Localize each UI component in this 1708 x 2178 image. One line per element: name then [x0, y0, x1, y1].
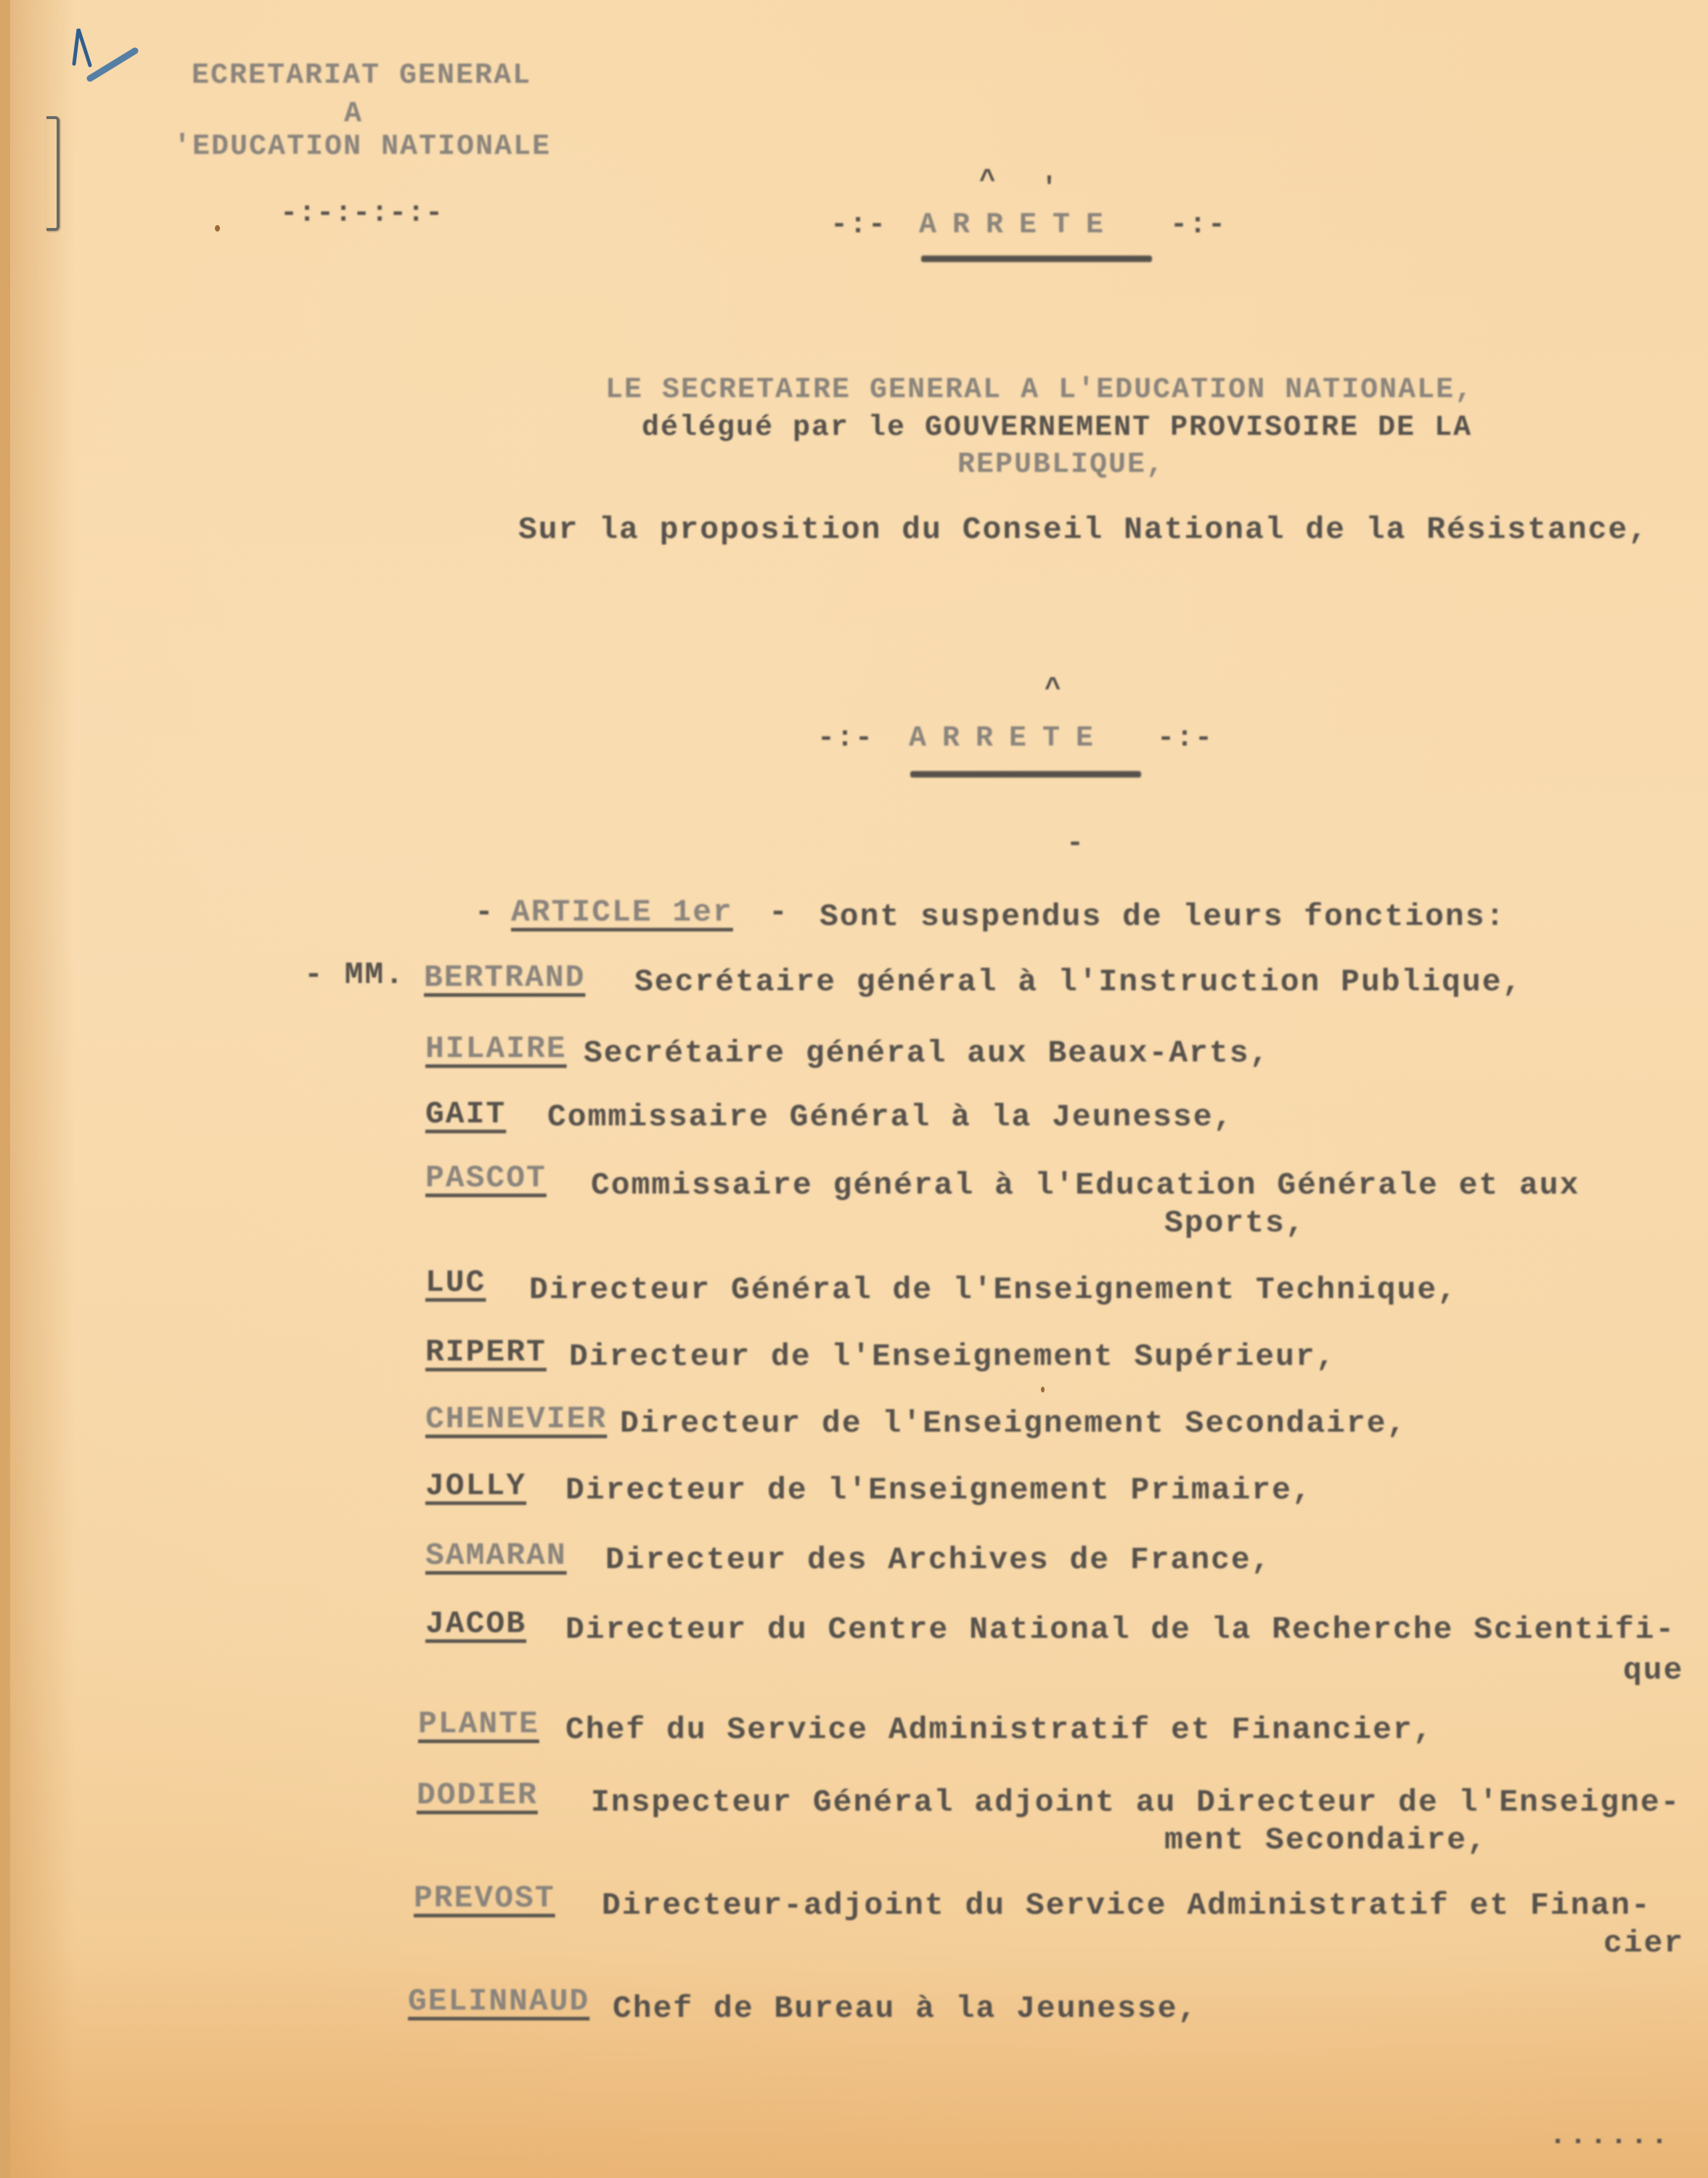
title-left-deco: -:-: [830, 209, 887, 242]
document-page: ECRETARIAT GENERAL A 'EDUCATION NATIONAL…: [10, 0, 1708, 2178]
suspended-title-continued: Sports,: [1164, 1205, 1306, 1241]
paper-speck: [1041, 1387, 1045, 1392]
suspended-name: GAIT: [425, 1096, 506, 1132]
suspended-title: Directeur de l'Enseignement Supérieur,: [569, 1339, 1336, 1374]
paper-speck: [215, 225, 220, 232]
suspended-title: Secrétaire général à l'Instruction Publi…: [634, 964, 1522, 1000]
title-right-deco: -:-: [1170, 209, 1227, 242]
suspended-name: DODIER: [417, 1777, 538, 1813]
suspended-name: RIPERT: [425, 1334, 547, 1370]
second-title-underline: [910, 771, 1141, 778]
suspended-title: Inspecteur Général adjoint au Directeur …: [591, 1785, 1680, 1820]
article-dash-right: -: [769, 894, 789, 930]
suspended-title: Directeur Général de l'Enseignement Tech…: [529, 1272, 1458, 1308]
suspended-name: SAMARAN: [425, 1538, 567, 1573]
second-title: ARRETE: [909, 722, 1109, 755]
list-prefix: - MM.: [304, 957, 405, 992]
suspended-name: PASCOT: [425, 1160, 547, 1196]
suspended-name: HILAIRE: [425, 1031, 567, 1066]
suspended-title: Commissaire général à l'Education Généra…: [591, 1167, 1580, 1203]
suspended-title: Directeur-adjoint du Service Administrat…: [602, 1888, 1651, 1923]
suspended-title: Chef du Service Administratif et Financi…: [565, 1712, 1434, 1747]
letterhead-separator: -:-:-:-:-: [280, 197, 444, 230]
suspended-name: GELINNAUD: [408, 1983, 589, 2019]
suspended-title: Directeur du Centre National de la Reche…: [565, 1612, 1675, 1647]
page-bottom-shade: [10, 1946, 1708, 2178]
blue-pencil-mark-icon: [68, 22, 148, 87]
suspended-title: Chef de Bureau à la Jeunesse,: [613, 1991, 1198, 2026]
preamble-proposition: Sur la proposition du Conseil National d…: [518, 512, 1648, 547]
suspended-title: Directeur de l'Enseignement Primaire,: [565, 1472, 1312, 1508]
suspended-title-continued: cier: [1603, 1925, 1684, 1961]
first-title-underline: [921, 256, 1152, 262]
page-edge-shadow: [10, 0, 75, 2178]
article-text: Sont suspendus de leurs fonctions:: [820, 899, 1505, 934]
preamble-line-3: REPUBLIQUE,: [957, 449, 1165, 481]
suspended-title: Directeur des Archives de France,: [605, 1542, 1272, 1578]
title2-accent-circumflex: ^: [1045, 674, 1063, 705]
suspended-name: LUC: [425, 1265, 486, 1300]
suspended-name: JOLLY: [425, 1468, 526, 1504]
title-accent-circumflex: ^: [979, 166, 997, 197]
continuation-marker: ......: [1549, 2120, 1671, 2153]
suspended-name: PLANTE: [418, 1706, 539, 1742]
suspended-title: Secrétaire général aux Beaux-Arts,: [584, 1035, 1270, 1071]
suspended-title: Commissaire Général à la Jeunesse,: [547, 1099, 1233, 1135]
article-dash-left: -: [475, 894, 495, 930]
letterhead-line-3: 'EDUCATION NATIONALE: [173, 131, 551, 163]
preamble-line-1: LE SECRETAIRE GENERAL A L'EDUCATION NATI…: [605, 374, 1474, 407]
suspended-title-continued: ment Secondaire,: [1164, 1822, 1487, 1858]
letterhead-line-2: A: [344, 98, 363, 131]
article-label: ARTICLE 1er: [511, 894, 733, 930]
staple: [46, 116, 60, 231]
suspended-name: CHENEVIER: [425, 1401, 607, 1437]
suspended-name: JACOB: [425, 1606, 526, 1641]
title2-left-deco: -:-: [817, 722, 874, 755]
first-title: ARRETE: [919, 209, 1119, 242]
title-accent-acute: ': [1041, 173, 1059, 204]
suspended-title-continued: que: [1623, 1652, 1683, 1688]
letterhead-line-1: ECRETARIAT GENERAL: [192, 60, 531, 92]
preamble-line-2: délégué par le GOUVERNEMENT PROVISOIRE D…: [642, 412, 1472, 444]
suspended-name: BERTRAND: [424, 960, 585, 995]
divider-mark: -: [1066, 828, 1085, 860]
title2-right-deco: -:-: [1157, 722, 1214, 755]
suspended-title: Directeur de l'Enseignement Secondaire,: [620, 1406, 1407, 1441]
suspended-name: PREVOST: [414, 1880, 555, 1916]
